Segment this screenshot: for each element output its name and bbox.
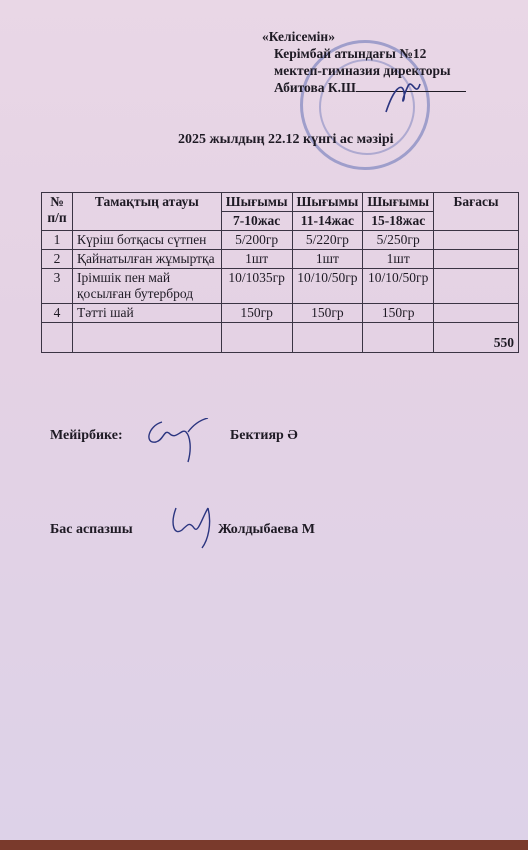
header-age-3: 15-18жас bbox=[363, 212, 434, 231]
yield-7-10: 150гр bbox=[221, 304, 292, 323]
header-price: Бағасы bbox=[434, 193, 519, 231]
approval-director: Абитова К.Ш bbox=[262, 79, 466, 96]
yield-7-10: 5/200гр bbox=[221, 231, 292, 250]
menu-table: № п/п Тамақтың атауы Шығымы Шығымы Шығым… bbox=[41, 192, 519, 353]
yield-11-14: 150гр bbox=[292, 304, 363, 323]
empty-cell bbox=[72, 323, 221, 353]
price-cell bbox=[434, 231, 519, 250]
nurse-name: Бектияр Ә bbox=[230, 428, 298, 444]
table-row: 4 Тәтті шай 150гр 150гр 150гр bbox=[42, 304, 519, 323]
header-yield-1: Шығымы bbox=[221, 193, 292, 212]
empty-cell bbox=[42, 323, 73, 353]
yield-11-14: 5/220гр bbox=[292, 231, 363, 250]
empty-cell bbox=[363, 323, 434, 353]
chef-label: Бас аспазшы bbox=[50, 522, 133, 538]
approval-school: Керімбай атындағы №12 bbox=[262, 45, 466, 62]
director-signature-icon bbox=[382, 78, 422, 118]
empty-cell bbox=[221, 323, 292, 353]
yield-7-10: 1шт bbox=[221, 250, 292, 269]
row-number: 3 bbox=[42, 269, 73, 304]
header-yield-3: Шығымы bbox=[363, 193, 434, 212]
total-row: 550 bbox=[42, 323, 519, 353]
director-name: Абитова К.Ш bbox=[274, 80, 356, 95]
dish-name: Қайнатылған жұмыртқа bbox=[72, 250, 221, 269]
approval-block: «Келісемін» Керімбай атындағы №12 мектеп… bbox=[262, 28, 466, 96]
table-row: 2 Қайнатылған жұмыртқа 1шт 1шт 1шт bbox=[42, 250, 519, 269]
header-dish-name: Тамақтың атауы bbox=[72, 193, 221, 231]
nurse-label: Мейірбике: bbox=[50, 428, 123, 444]
row-number: 2 bbox=[42, 250, 73, 269]
row-number: 4 bbox=[42, 304, 73, 323]
header-yield-2: Шығымы bbox=[292, 193, 363, 212]
table-row: 3 Ірімшік пен май қосылған бутерброд 10/… bbox=[42, 269, 519, 304]
chef-signature-icon bbox=[168, 504, 218, 550]
yield-15-18: 5/250гр bbox=[363, 231, 434, 250]
desk-surface bbox=[0, 840, 528, 850]
header-age-1: 7-10жас bbox=[221, 212, 292, 231]
price-cell bbox=[434, 269, 519, 304]
table-row: 1 Күріш ботқасы сүтпен 5/200гр 5/220гр 5… bbox=[42, 231, 519, 250]
yield-11-14: 10/10/50гр bbox=[292, 269, 363, 304]
chef-name: Жолдыбаева М bbox=[218, 522, 315, 538]
page-title: 2025 жылдың 22.12 күнгі ас мәзірі bbox=[178, 132, 394, 148]
total-price: 550 bbox=[434, 323, 519, 353]
yield-7-10: 10/1035гр bbox=[221, 269, 292, 304]
dish-name: Күріш ботқасы сүтпен bbox=[72, 231, 221, 250]
empty-cell bbox=[292, 323, 363, 353]
yield-15-18: 150гр bbox=[363, 304, 434, 323]
approval-position: мектеп-гимназия директоры bbox=[262, 62, 466, 79]
dish-name: Ірімшік пен май қосылған бутерброд bbox=[72, 269, 221, 304]
yield-15-18: 1шт bbox=[363, 250, 434, 269]
price-cell bbox=[434, 250, 519, 269]
document-page bbox=[0, 0, 528, 840]
price-cell bbox=[434, 304, 519, 323]
nurse-signature-icon bbox=[142, 418, 214, 464]
row-number: 1 bbox=[42, 231, 73, 250]
approval-heading: «Келісемін» bbox=[262, 28, 466, 45]
header-number: № п/п bbox=[42, 193, 73, 231]
dish-name: Тәтті шай bbox=[72, 304, 221, 323]
yield-15-18: 10/10/50гр bbox=[363, 269, 434, 304]
yield-11-14: 1шт bbox=[292, 250, 363, 269]
header-age-2: 11-14жас bbox=[292, 212, 363, 231]
